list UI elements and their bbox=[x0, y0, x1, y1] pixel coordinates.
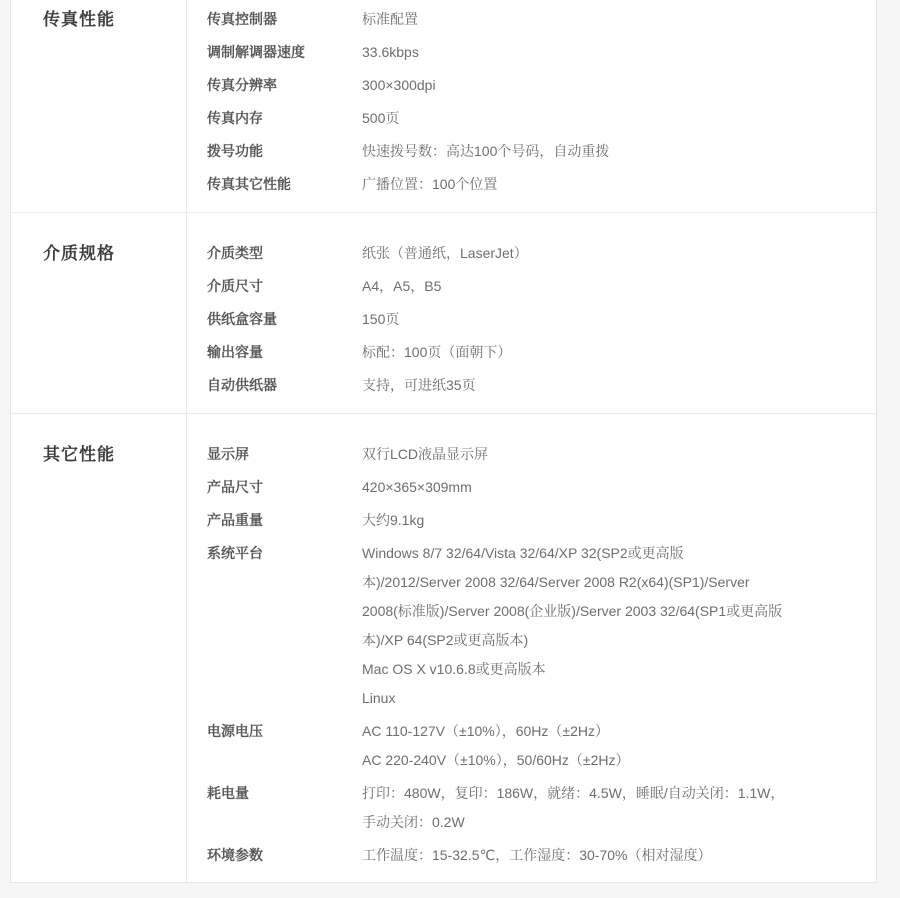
spec-row: 传真控制器标准配置 bbox=[207, 5, 856, 34]
spec-row: 介质类型纸张（普通纸，LaserJet） bbox=[207, 239, 856, 268]
spec-label: 显示屏 bbox=[207, 440, 362, 469]
spec-section: 其它性能显示屏双行LCD液晶显示屏产品尺寸420×365×309mm产品重量大约… bbox=[11, 413, 876, 883]
spec-value-line: 本)/2012/Server 2008 32/64/Server 2008 R2… bbox=[362, 568, 856, 597]
spec-value-line: 标准配置 bbox=[362, 5, 856, 34]
section-rows: 介质类型纸张（普通纸，LaserJet）介质尺寸A4，A5，B5供纸盒容量150… bbox=[186, 213, 876, 413]
section-title: 其它性能 bbox=[43, 440, 176, 469]
spec-label: 耗电量 bbox=[207, 779, 362, 808]
spec-row: 拨号功能快速拨号数：高达100个号码，自动重拨 bbox=[207, 137, 856, 166]
spec-row: 供纸盒容量150页 bbox=[207, 305, 856, 334]
spec-label: 调制解调器速度 bbox=[207, 38, 362, 67]
spec-value-line: 打印：480W，复印：186W，就绪：4.5W，睡眠/自动关闭：1.1W， bbox=[362, 779, 856, 808]
spec-value: 300×300dpi bbox=[362, 71, 856, 100]
spec-value: 150页 bbox=[362, 305, 856, 334]
spec-row: 调制解调器速度33.6kbps bbox=[207, 38, 856, 67]
section-left-column: 介质规格 bbox=[11, 213, 186, 413]
spec-value-line: 快速拨号数：高达100个号码，自动重拨 bbox=[362, 137, 856, 166]
spec-value: 标准配置 bbox=[362, 5, 856, 34]
spec-label: 系统平台 bbox=[207, 539, 362, 568]
spec-value: 打印：480W，复印：186W，就绪：4.5W，睡眠/自动关闭：1.1W，手动关… bbox=[362, 779, 856, 837]
spec-value: 支持，可进纸35页 bbox=[362, 371, 856, 400]
spec-row: 电源电压AC 110-127V（±10%），60Hz（±2Hz）AC 220-2… bbox=[207, 717, 856, 775]
spec-row: 传真内存500页 bbox=[207, 104, 856, 133]
spec-value: 广播位置：100个位置 bbox=[362, 170, 856, 199]
spec-label: 介质类型 bbox=[207, 239, 362, 268]
spec-row: 自动供纸器支持，可进纸35页 bbox=[207, 371, 856, 400]
spec-value: 33.6kbps bbox=[362, 38, 856, 67]
spec-value-line: 33.6kbps bbox=[362, 38, 856, 67]
section-title: 介质规格 bbox=[43, 239, 176, 268]
section-rows: 传真控制器标准配置调制解调器速度33.6kbps传真分辨率300×300dpi传… bbox=[186, 0, 876, 212]
spec-label: 传真分辨率 bbox=[207, 71, 362, 100]
spec-value: 大约9.1kg bbox=[362, 506, 856, 535]
section-rows: 显示屏双行LCD液晶显示屏产品尺寸420×365×309mm产品重量大约9.1k… bbox=[186, 414, 876, 883]
spec-row: 传真其它性能广播位置：100个位置 bbox=[207, 170, 856, 199]
spec-row: 耗电量打印：480W，复印：186W，就绪：4.5W，睡眠/自动关闭：1.1W，… bbox=[207, 779, 856, 837]
spec-value-line: Windows 8/7 32/64/Vista 32/64/XP 32(SP2或… bbox=[362, 539, 856, 568]
spec-value-line: 手动关闭：0.2W bbox=[362, 808, 856, 837]
spec-label: 传真其它性能 bbox=[207, 170, 362, 199]
spec-label: 传真内存 bbox=[207, 104, 362, 133]
spec-value-line: 大约9.1kg bbox=[362, 506, 856, 535]
spec-row: 系统平台Windows 8/7 32/64/Vista 32/64/XP 32(… bbox=[207, 539, 856, 713]
spec-value-line: 双行LCD液晶显示屏 bbox=[362, 440, 856, 469]
spec-label: 环境参数 bbox=[207, 841, 362, 870]
spec-value-line: 500页 bbox=[362, 104, 856, 133]
spec-value: AC 110-127V（±10%），60Hz（±2Hz）AC 220-240V（… bbox=[362, 717, 856, 775]
spec-row: 环境参数工作温度：15-32.5℃，工作湿度：30-70%（相对湿度） bbox=[207, 841, 856, 870]
spec-value-line: 420×365×309mm bbox=[362, 473, 856, 502]
spec-value-line: 支持，可进纸35页 bbox=[362, 371, 856, 400]
spec-value-line: 标配：100页（面朝下） bbox=[362, 338, 856, 367]
spec-value-line: 工作温度：15-32.5℃，工作湿度：30-70%（相对湿度） bbox=[362, 841, 856, 870]
spec-section: 传真性能传真控制器标准配置调制解调器速度33.6kbps传真分辨率300×300… bbox=[11, 0, 876, 212]
spec-value-line: 300×300dpi bbox=[362, 71, 856, 100]
spec-label: 产品尺寸 bbox=[207, 473, 362, 502]
spec-row: 输出容量标配：100页（面朝下） bbox=[207, 338, 856, 367]
spec-label: 传真控制器 bbox=[207, 5, 362, 34]
spec-section: 介质规格介质类型纸张（普通纸，LaserJet）介质尺寸A4，A5，B5供纸盒容… bbox=[11, 212, 876, 413]
spec-value-line: 本)/XP 64(SP2或更高版本) bbox=[362, 626, 856, 655]
spec-value: 标配：100页（面朝下） bbox=[362, 338, 856, 367]
spec-value: 纸张（普通纸，LaserJet） bbox=[362, 239, 856, 268]
spec-label: 介质尺寸 bbox=[207, 272, 362, 301]
section-title: 传真性能 bbox=[43, 5, 176, 34]
spec-row: 产品尺寸420×365×309mm bbox=[207, 473, 856, 502]
spec-value: Windows 8/7 32/64/Vista 32/64/XP 32(SP2或… bbox=[362, 539, 856, 713]
spec-label: 供纸盒容量 bbox=[207, 305, 362, 334]
spec-value: A4，A5，B5 bbox=[362, 272, 856, 301]
spec-row: 产品重量大约9.1kg bbox=[207, 506, 856, 535]
spec-value-line: 150页 bbox=[362, 305, 856, 334]
spec-value-line: A4，A5，B5 bbox=[362, 272, 856, 301]
spec-value: 500页 bbox=[362, 104, 856, 133]
spec-label: 产品重量 bbox=[207, 506, 362, 535]
spec-value-line: Mac OS X v10.6.8或更高版本 bbox=[362, 655, 856, 684]
spec-value-line: Linux bbox=[362, 684, 856, 713]
spec-row: 显示屏双行LCD液晶显示屏 bbox=[207, 440, 856, 469]
spec-value: 双行LCD液晶显示屏 bbox=[362, 440, 856, 469]
spec-label: 电源电压 bbox=[207, 717, 362, 746]
spec-value: 420×365×309mm bbox=[362, 473, 856, 502]
section-left-column: 传真性能 bbox=[11, 0, 186, 212]
spec-table: 传真性能传真控制器标准配置调制解调器速度33.6kbps传真分辨率300×300… bbox=[10, 0, 877, 883]
spec-label: 拨号功能 bbox=[207, 137, 362, 166]
page: 传真性能传真控制器标准配置调制解调器速度33.6kbps传真分辨率300×300… bbox=[0, 0, 900, 898]
spec-value-line: 纸张（普通纸，LaserJet） bbox=[362, 239, 856, 268]
section-left-column: 其它性能 bbox=[11, 414, 186, 883]
spec-value-line: 广播位置：100个位置 bbox=[362, 170, 856, 199]
spec-row: 传真分辨率300×300dpi bbox=[207, 71, 856, 100]
spec-row: 介质尺寸A4，A5，B5 bbox=[207, 272, 856, 301]
spec-value-line: AC 220-240V（±10%），50/60Hz（±2Hz） bbox=[362, 746, 856, 775]
spec-value-line: AC 110-127V（±10%），60Hz（±2Hz） bbox=[362, 717, 856, 746]
spec-value: 快速拨号数：高达100个号码，自动重拨 bbox=[362, 137, 856, 166]
spec-label: 输出容量 bbox=[207, 338, 362, 367]
spec-value-line: 2008(标准版)/Server 2008(企业版)/Server 2003 3… bbox=[362, 597, 856, 626]
spec-label: 自动供纸器 bbox=[207, 371, 362, 400]
spec-value: 工作温度：15-32.5℃，工作湿度：30-70%（相对湿度） bbox=[362, 841, 856, 870]
